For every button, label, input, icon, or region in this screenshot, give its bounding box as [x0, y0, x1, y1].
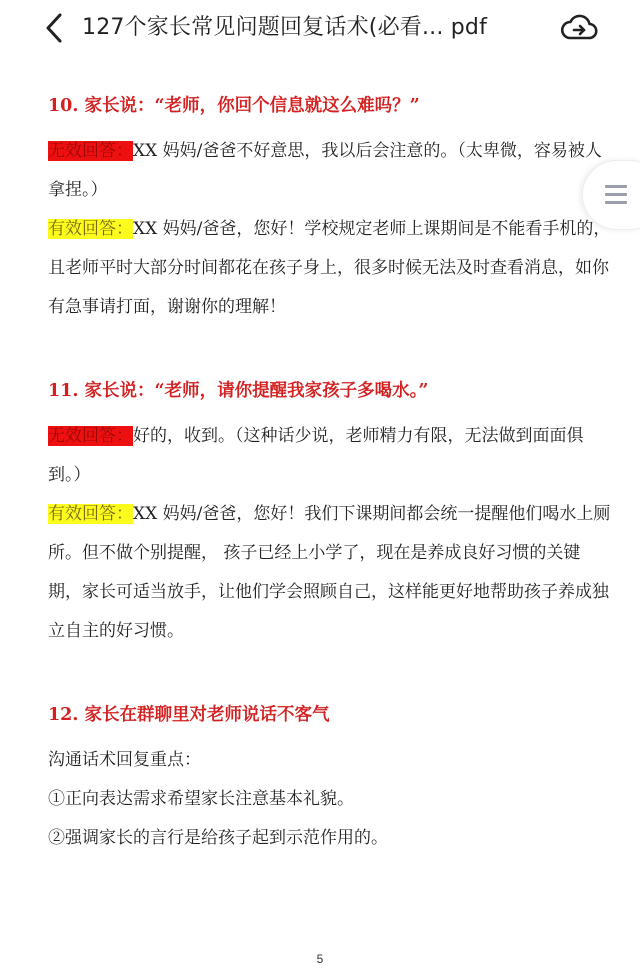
invalid-answer-label: 无效回答： [48, 141, 133, 161]
valid-answer-11: 有效回答：XX 妈妈/爸爸，您好！我们下课期间都会统一提醒他们喝水上厕所。但不做… [48, 495, 614, 651]
section-heading-10: 10. 家长说：“老师，你回个信息就这么难吗？” [48, 80, 614, 132]
document-title: 127个家长常见问题回复话术(必看... pdf [82, 10, 487, 46]
cloud-upload-button[interactable] [560, 8, 598, 46]
page-number: 5 [0, 952, 640, 966]
invalid-answer-label: 无效回答： [48, 426, 133, 446]
cloud-upload-icon [560, 8, 598, 46]
section-heading-11: 11. 家长说：“老师，请你提醒我家孩子多喝水。” [48, 365, 614, 417]
point-item: ②强调家长的言行是给孩子起到示范作用的。 [48, 819, 614, 858]
top-bar: 127个家长常见问题回复话术(必看... pdf [0, 0, 640, 56]
document-page: 10. 家长说：“老师，你回个信息就这么难吗？” 无效回答：XX 妈妈/爸爸不好… [48, 80, 614, 858]
point-item: ①正向表达需求希望家长注意基本礼貌。 [48, 780, 614, 819]
invalid-answer-10: 无效回答：XX 妈妈/爸爸不好意思，我以后会注意的。（太卑微，容易被人拿捏。） [48, 132, 614, 210]
valid-answer-label: 有效回答： [48, 219, 133, 239]
section-heading-12: 12. 家长在群聊里对老师说话不客气 [48, 689, 614, 741]
valid-answer-label: 有效回答： [48, 504, 133, 524]
back-button[interactable] [40, 10, 70, 46]
section-intro: 沟通话术回复重点： [48, 741, 614, 780]
valid-answer-text: XX 妈妈/爸爸，您好！我们下课期间都会统一提醒他们喝水上厕所。但不做个别提醒，… [48, 504, 610, 641]
valid-answer-10: 有效回答：XX 妈妈/爸爸，您好！学校规定老师上课期间是不能看手机的，且老师平时… [48, 210, 614, 327]
invalid-answer-11: 无效回答：好的，收到。（这种话少说，老师精力有限，无法做到面面俱到。） [48, 417, 614, 495]
chevron-left-icon [40, 10, 70, 46]
valid-answer-text: XX 妈妈/爸爸，您好！学校规定老师上课期间是不能看手机的，且老师平时大部分时间… [48, 219, 610, 317]
